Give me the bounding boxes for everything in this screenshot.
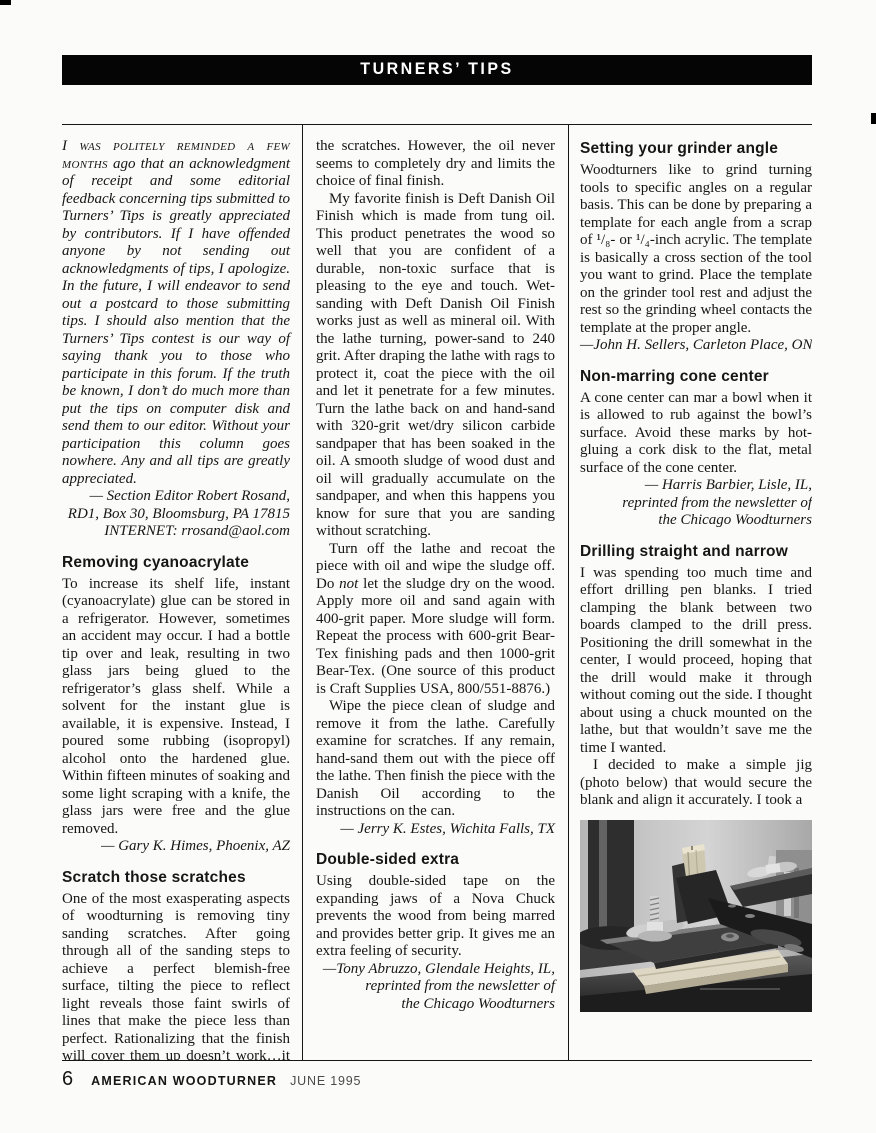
tip-heading-double-sided-extra: Double-sided extra (316, 850, 555, 870)
signature-line: INTERNET: rrosand@aol.com (62, 523, 290, 541)
signature-line: the Chicago Woodturners (580, 512, 812, 530)
tip-heading-scratch-those-scratches: Scratch those scratches (62, 868, 290, 888)
tip-body-paragraph: My favorite finish is Deft Danish Oil Fi… (316, 191, 555, 541)
section-title: TURNERS’ TIPS (360, 61, 513, 80)
tip-body-paragraph: Wipe the piece clean of sludge and remov… (316, 698, 555, 821)
scan-artifact-right-edge (871, 113, 876, 124)
tip-heading-setting-grinder-angle: Setting your grinder angle (580, 139, 812, 159)
signature-line: RD1, Box 30, Bloomsburg, PA 17815 (62, 506, 290, 524)
column-3: Setting your grinder angle Woodturners l… (569, 125, 812, 1060)
tip-heading-non-marring-cone-center: Non-marring cone center (580, 367, 812, 387)
signature-line: — Gary K. Himes, Phoenix, AZ (62, 838, 290, 856)
tip-signature: —John H. Sellers, Carleton Place, ON (580, 337, 812, 355)
issue-date: JUNE 1995 (290, 1074, 361, 1088)
tip-body-paragraph: I was spending too much time and effort … (580, 565, 812, 758)
signature-line: —Tony Abruzzo, Glendale Heights, IL, (316, 961, 555, 979)
paragraph-text: let the sludge dry on the wood. Apply mo… (316, 576, 555, 697)
section-banner: TURNERS’ TIPS (62, 55, 812, 85)
signature-line: the Chicago Woodturners (316, 996, 555, 1014)
tip-signature: — Harris Barbier, Lisle, IL, reprinted f… (580, 477, 812, 530)
page-number: 6 (62, 1068, 73, 1091)
tip-body-paragraph: Turn off the lathe and recoat the piece … (316, 541, 555, 699)
signature-line: — Jerry K. Estes, Wichita Falls, TX (316, 821, 555, 839)
tip-body-non-marring-cone-center: A cone center can mar a bowl when it is … (580, 390, 812, 478)
tip-heading-removing-cyanoacrylate: Removing cyanoacrylate (62, 553, 290, 573)
jig-photo (580, 820, 812, 1012)
signature-line: — Harris Barbier, Lisle, IL, (580, 477, 812, 495)
article-columns: I was politely reminded a few months ago… (62, 124, 812, 1061)
editor-signature: — Section Editor Robert Rosand, RD1, Box… (62, 488, 290, 541)
signature-line: reprinted from the newsletter of (316, 978, 555, 996)
tip-signature: — Gary K. Himes, Phoenix, AZ (62, 838, 290, 856)
signature-line: reprinted from the newsletter of (580, 495, 812, 513)
tip-signature: —Tony Abruzzo, Glendale Heights, IL, rep… (316, 961, 555, 1014)
magazine-title: AMERICAN WOODTURNER (91, 1074, 277, 1088)
scan-artifact-top-left (0, 0, 11, 5)
column-2: the scratches. However, the oil never se… (303, 125, 569, 1060)
tip-body-setting-grinder-angle: Woodturners like to grind turning tools … (580, 162, 812, 337)
signature-line: — Section Editor Robert Rosand, (62, 488, 290, 506)
emphasized-word: not (339, 576, 358, 592)
intro-body: ago that an acknowledgment of receipt an… (62, 156, 290, 487)
page-footer: 6 AMERICAN WOODTURNER JUNE 1995 (62, 1068, 812, 1091)
tip-body-paragraph: I decided to make a simple jig (photo be… (580, 757, 812, 810)
signature-line: —John H. Sellers, Carleton Place, ON (580, 337, 812, 355)
tip-heading-drilling-straight-narrow: Drilling straight and narrow (580, 542, 812, 562)
tip-body-removing-cyanoacrylate: To increase its shelf life, instant (cya… (62, 576, 290, 839)
editor-intro-paragraph: I was politely reminded a few months ago… (62, 138, 290, 488)
tip-body-paragraph: the scratches. However, the oil never se… (316, 138, 555, 191)
tip-body-double-sided-extra: Using double-sided tape on the expanding… (316, 873, 555, 961)
tip-body-paragraph: One of the most exasperating aspects of … (62, 891, 290, 1061)
column-1: I was politely reminded a few months ago… (62, 125, 303, 1060)
tip-signature: — Jerry K. Estes, Wichita Falls, TX (316, 821, 555, 839)
